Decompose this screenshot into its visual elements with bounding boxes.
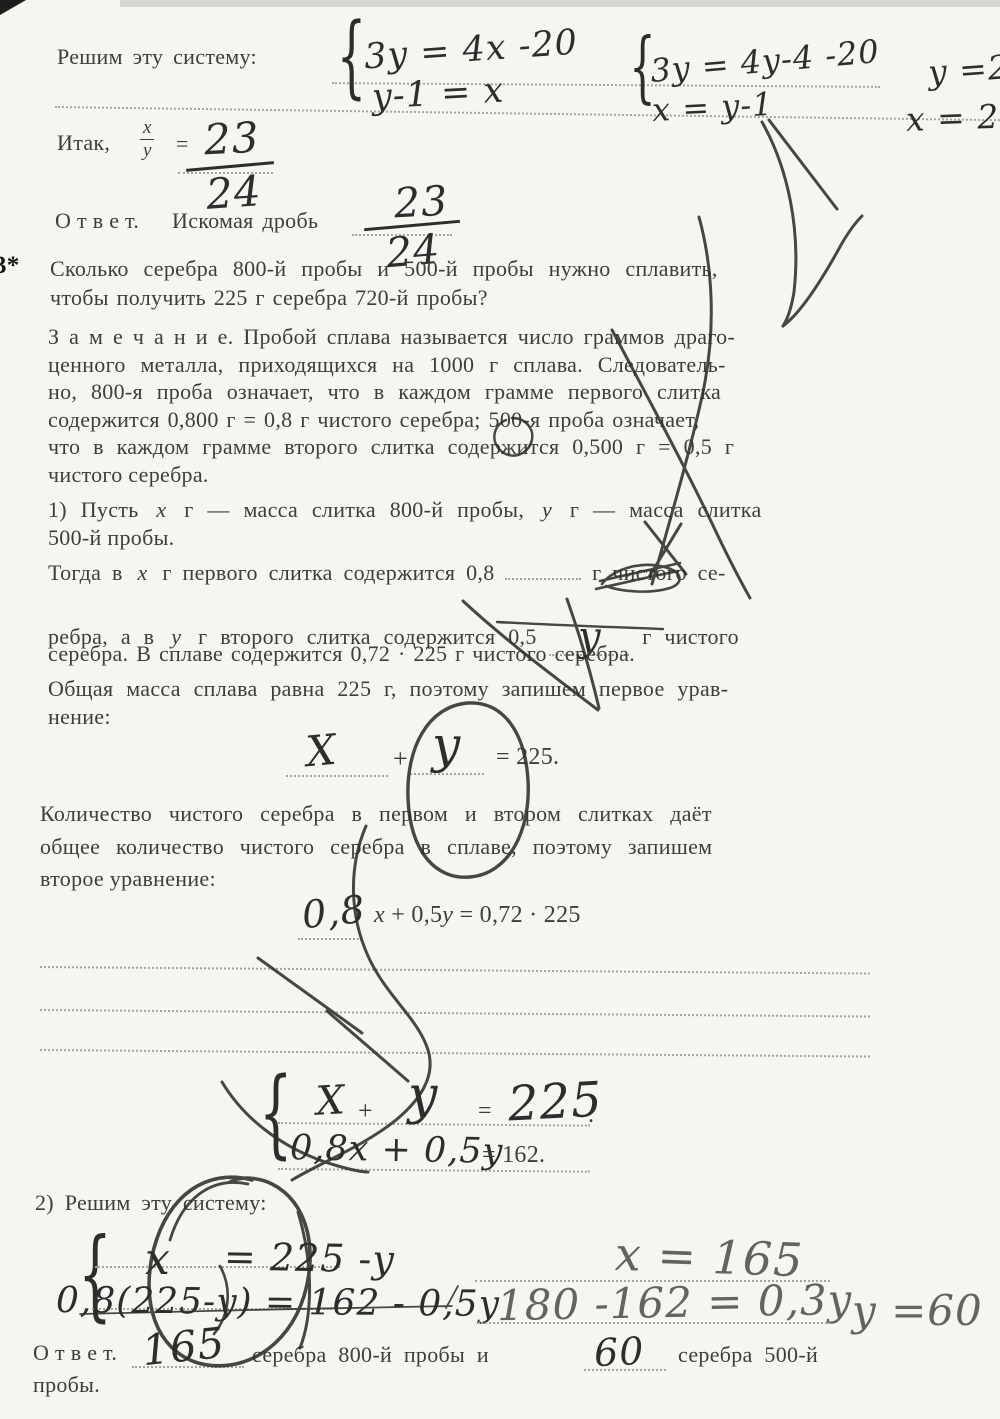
pen-stroke — [769, 120, 837, 209]
pen-paren — [214, 1266, 228, 1334]
pen-stroke — [652, 217, 711, 584]
pen-stroke — [258, 958, 362, 1033]
pen-lasso — [149, 1177, 310, 1366]
pen-stroke — [612, 330, 750, 598]
scanned-workbook-page: Решим эту систему: { 3y = 4x -20 y-1 = x… — [0, 0, 1000, 1419]
pen-lasso — [170, 1182, 248, 1240]
pen-stroke — [222, 1082, 368, 1172]
pen-underline — [80, 1286, 458, 1314]
pen-strikethrough — [497, 622, 663, 629]
pen-oval — [408, 703, 528, 877]
pen-stroke — [292, 826, 430, 1180]
pen-stroke — [327, 1011, 408, 1081]
pen-scribbles — [0, 0, 1000, 1419]
pen-stroke — [762, 122, 796, 326]
pen-stroke — [463, 601, 598, 710]
pen-circle — [494, 418, 532, 456]
